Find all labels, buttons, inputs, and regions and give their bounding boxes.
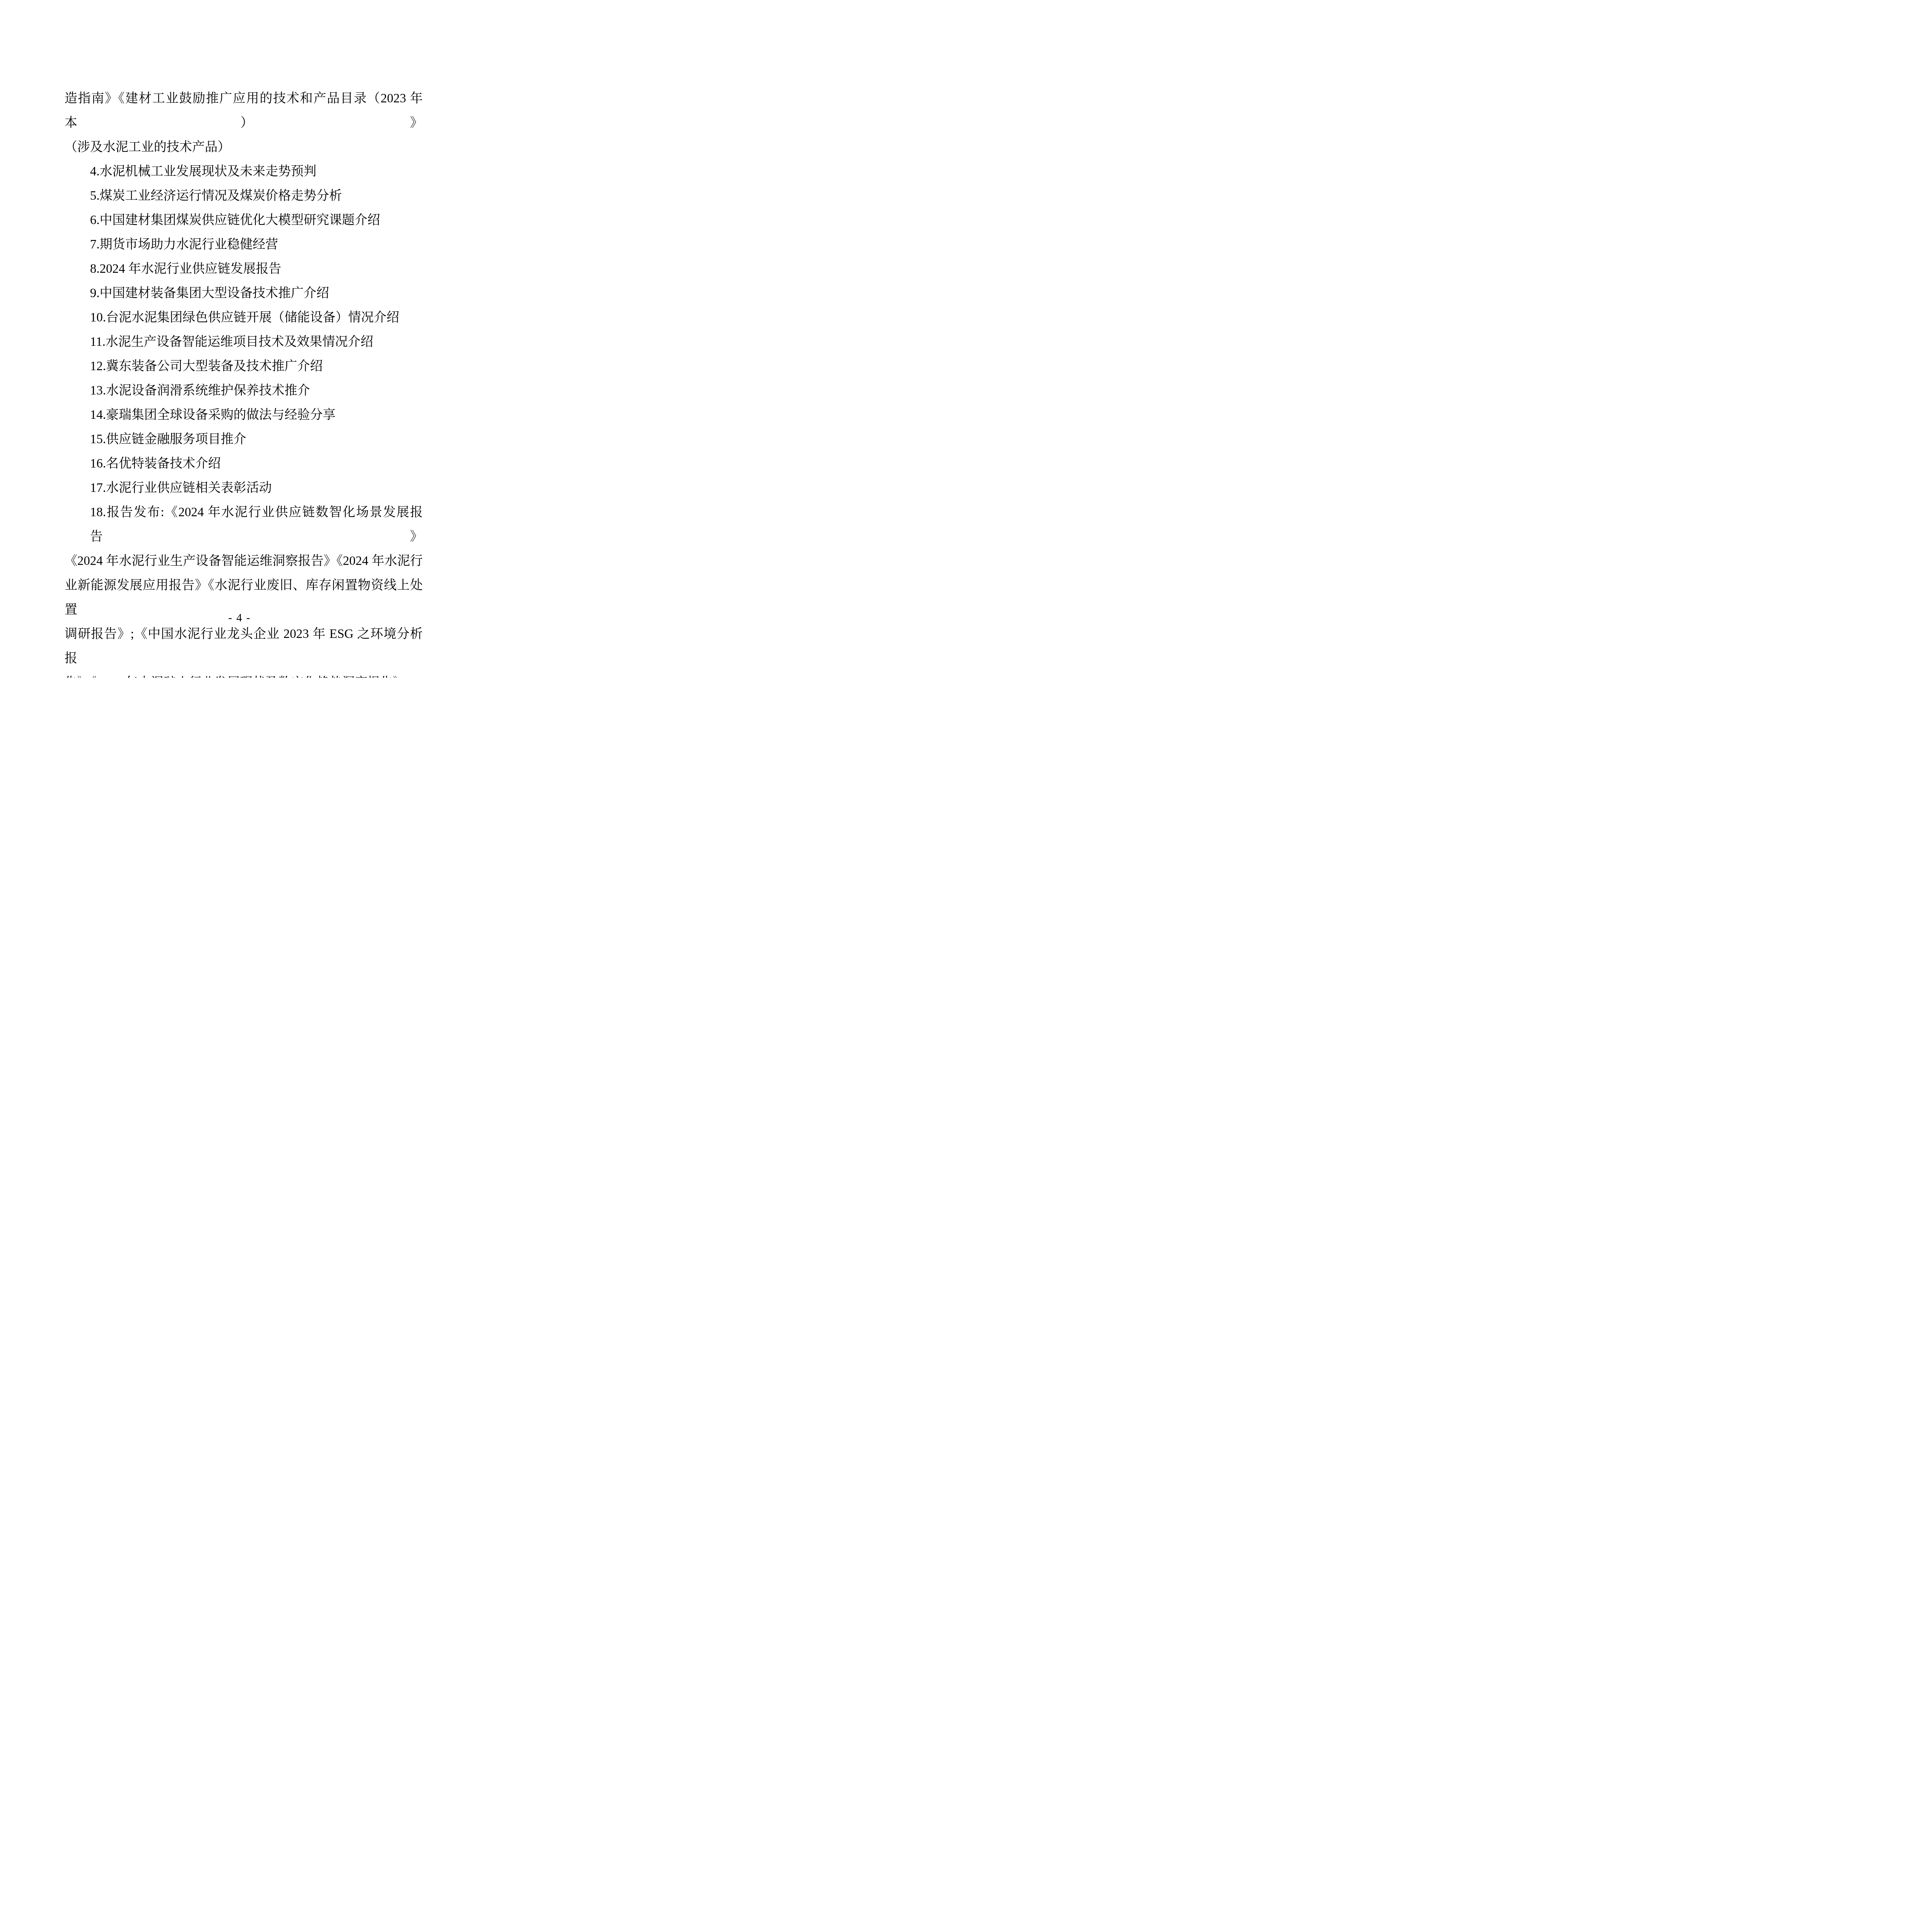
text-line: 5.煤炭工业经济运行情况及煤炭价格走势分析 <box>65 184 423 208</box>
text-line: 10.台泥水泥集团绿色供应链开展（储能设备）情况介绍 <box>65 306 423 330</box>
page-number: - 4 - <box>0 610 479 626</box>
text-line: （涉及水泥工业的技术产品） <box>65 135 423 160</box>
text-line: 6.中国建材集团煤炭供应链优化大模型研究课题介绍 <box>65 208 423 233</box>
document-text-body: 造指南》《建材工业鼓励推广应用的技术和产品目录（2023 年本）》（涉及水泥工业… <box>65 87 423 678</box>
text-line: 造指南》《建材工业鼓励推广应用的技术和产品目录（2023 年本）》 <box>65 87 423 135</box>
text-line: 7.期货市场助力水泥行业稳健经营 <box>65 233 423 257</box>
text-line: 14.豪瑞集团全球设备采购的做法与经验分享 <box>65 403 423 427</box>
text-line: 13.水泥设备润滑系统维护保养技术推介 <box>65 379 423 403</box>
document-page: 造指南》《建材工业鼓励推广应用的技术和产品目录（2023 年本）》（涉及水泥工业… <box>0 0 479 678</box>
text-line: 8.2024 年水泥行业供应链发展报告 <box>65 257 423 281</box>
text-line: 《2024 年水泥行业生产设备智能运维洞察报告》《2024 年水泥行 <box>65 549 423 573</box>
text-line: 18.报告发布:《2024 年水泥行业供应链数智化场景发展报告》 <box>65 500 423 549</box>
text-line: 告》《2024 年水泥矿山行业发展现状及数字化趋势洞察报告》……。 <box>65 671 423 678</box>
text-line: 16.名优特装备技术介绍 <box>65 452 423 476</box>
text-line: 17.水泥行业供应链相关表彰活动 <box>65 476 423 500</box>
text-line: 4.水泥机械工业发展现状及未来走势预判 <box>65 160 423 184</box>
text-line: 调研报告》;《中国水泥行业龙头企业 2023 年 ESG 之环境分析报 <box>65 622 423 671</box>
text-line: 11.水泥生产设备智能运维项目技术及效果情况介绍 <box>65 330 423 354</box>
text-line: 15.供应链金融服务项目推介 <box>65 427 423 452</box>
text-line: 12.冀东装备公司大型装备及技术推广介绍 <box>65 354 423 379</box>
text-line: 9.中国建材装备集团大型设备技术推广介绍 <box>65 281 423 306</box>
